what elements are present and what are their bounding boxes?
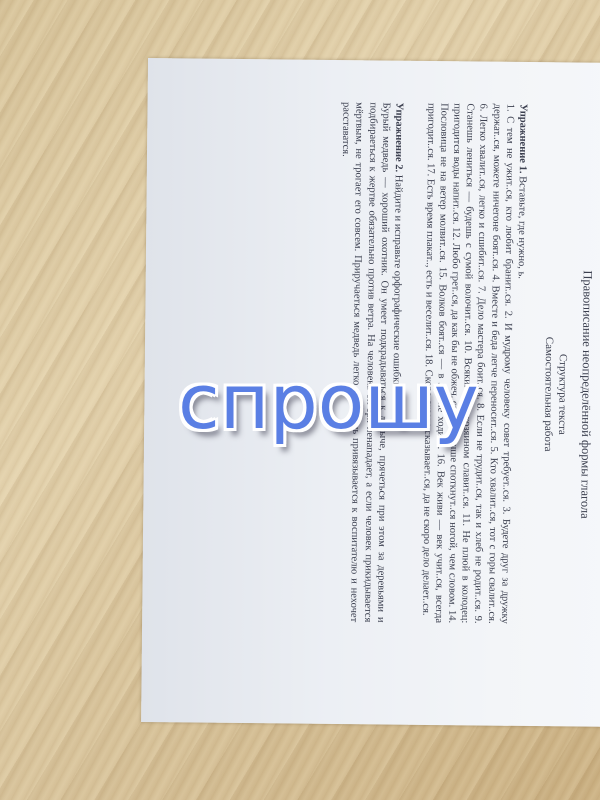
watermark-text: спрошу [178,362,479,442]
exercise-2-heading: Упражнение 2. [393,103,405,173]
worksheet-title: Правописание неопределённой формы глагол… [576,63,596,727]
exercise-1-instruction: Вставьте, где нужно, ь. [516,176,528,279]
exercise-1-heading: Упражнение 1. [517,104,529,174]
